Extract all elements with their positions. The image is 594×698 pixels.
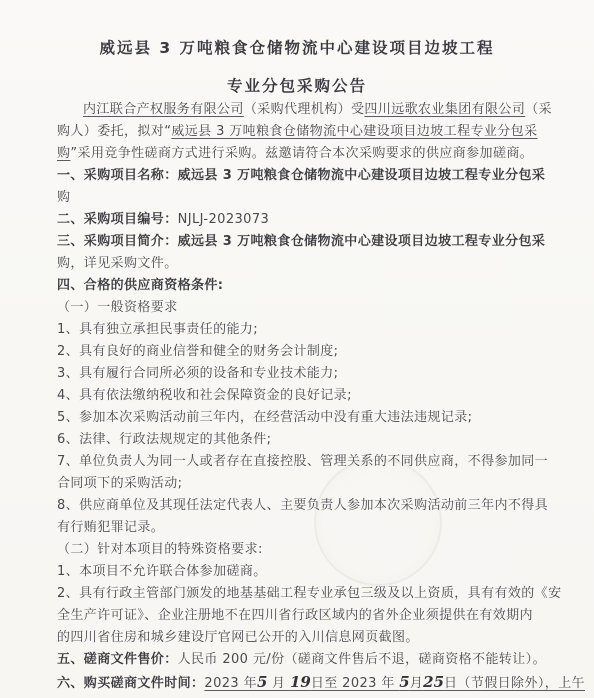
text-segment: （采 [525,102,552,117]
document-title-line1: 威远县 3 万吨粮食仓储物流中心建设项目边坡工程 [0,36,594,58]
text-segment: 的四川省住房和城乡建设厅官网已公开的入川信息网页截图。 [57,630,419,645]
text-segment: 内江联合产权服务有限公司 [83,102,244,117]
text-segment: 二、采购项目编号： [57,212,178,227]
text-segment: 四、合格的供应商资格条件: [57,278,223,293]
doc-line: 四、合格的供应商资格条件: [57,275,549,297]
doc-line: 3、具有履行合同所必须的设备和专业技术能力; [57,363,549,385]
text-segment: 7、单位负责人为同一人或者存在直接控股、管理关系的不同供应商，不得参加同一 [57,454,548,469]
text-segment: 三、采购项目简介：威远县 3 万吨粮食仓储物流中心建设项目边坡工程专业分包采 [57,234,545,249]
text-segment: 8、供应商单位及其现任法定代表人、主要负责人参加本次采购活动前三年内不得具 [57,498,548,513]
doc-line: 购 [57,187,549,209]
doc-line: 购，详见采购文件。 [57,253,549,275]
text-segment: 2、具有行政主管部门颁发的地基基础工程专业承包三级及以上资质，具有有效的《安 [57,586,561,601]
text-segment: 2023 年 [204,676,257,691]
text-segment: 购人）委托，拟对“ [57,124,171,139]
text-segment: （采购代理机构）受 [244,102,365,117]
text-segment: 六、购买磋商文件时间： [57,676,204,691]
doc-line: 5、参加本次采购活动前三年内，在经营活动中没有重大违法违规记录; [57,407,549,429]
doc-line: 六、购买磋商文件时间：2023 年5 月 19日至 2023 年 5月25日（节… [57,671,549,693]
handwritten-date: 5 [257,673,267,691]
text-segment: （一）一般资格要求 [57,300,178,315]
text-segment: 五、磋商文件售价： [57,652,178,667]
text-segment: 2、具有良好的商业信誉和健全的财务会计制度; [57,344,338,359]
doc-line: 2、具有良好的商业信誉和健全的财务会计制度; [57,341,549,363]
text-segment: （二）针对本项目的特殊资格要求: [57,542,263,557]
doc-line: 一、采购项目名称：威远县 3 万吨粮食仓储物流中心建设项目边坡工程专业分包采 [57,165,549,187]
text-segment: 全生产许可证》、企业注册地不在四川省行政区域内的省外企业须提供在有效期内 [57,608,533,623]
text-segment: 1、本项目不允许联合体参加磋商。 [57,564,267,579]
doc-line: 购”采用竞争性磋商方式进行采购。兹邀请符合本次采购要求的供应商参加磋商。 [57,143,549,165]
text-segment: 威远县 3 万吨粮食仓储物流中心建设项目边坡工程专业分包采 [171,124,537,139]
handwritten-date: 5 [399,673,409,691]
doc-line: 全生产许可证》、企业注册地不在四川省行政区域内的省外企业须提供在有效期内 [57,605,549,627]
document-page: 威远县 3 万吨粮食仓储物流中心建设项目边坡工程 专业分包采购公告 内江联合产权… [0,0,594,698]
doc-line: 内江联合产权服务有限公司（采购代理机构）受四川远歌农业集团有限公司（采 [57,99,549,121]
doc-line: （二）针对本项目的特殊资格要求: [57,539,549,561]
text-segment: 月 [267,676,289,691]
doc-line: 1、具有独立承担民事责任的能力; [57,319,549,341]
doc-line: 2、具有行政主管部门颁发的地基基础工程专业承包三级及以上资质，具有有效的《安 [57,583,549,605]
doc-line: 4、具有依法缴纳税收和社会保障资金的良好记录; [57,385,549,407]
text-segment: 月 [410,676,423,691]
text-segment: 人民币 200 元/份（磋商文件售后不退，磋商资格不能转让）。 [178,652,546,667]
doc-line: 五、磋商文件售价：人民币 200 元/份（磋商文件售后不退，磋商资格不能转让）。 [57,649,549,671]
text-segment: 合同项下的采购活动; [57,476,182,491]
doc-line: （一）一般资格要求 [57,297,549,319]
doc-line: 二、采购项目编号：NJLJ-2023073 [57,209,549,231]
text-segment: 3、具有履行合同所必须的设备和专业技术能力; [57,366,338,381]
doc-line: 购人）委托，拟对“威远县 3 万吨粮食仓储物流中心建设项目边坡工程专业分包采 [57,121,549,143]
text-segment: 一、采购项目名称：威远县 3 万吨粮食仓储物流中心建设项目边坡工程专业分包采 [57,168,545,183]
text-segment: ”采用竞争性磋商方式进行采购。兹邀请符合本次采购要求的供应商参加磋商。 [70,146,533,161]
text-segment: 日至 2023 年 [311,676,399,691]
text-segment: 购，详见采购文件。 [57,256,178,271]
text-segment: 6、法律、行政法规规定的其他条件; [57,432,271,447]
text-segment: 日（节假日除外），上午 [444,676,585,691]
doc-line: 6、法律、行政法规规定的其他条件; [57,429,549,451]
text-segment: 购 [57,190,70,205]
doc-line: 的四川省住房和城乡建设厅官网已公开的入川信息网页截图。 [57,627,549,649]
doc-line: 7、单位负责人为同一人或者存在直接控股、管理关系的不同供应商，不得参加同一 [57,451,549,473]
text-segment: 4、具有依法缴纳税收和社会保障资金的良好记录; [57,388,352,403]
text-segment: NJLJ-2023073 [178,212,270,227]
doc-line: 三、采购项目简介：威远县 3 万吨粮食仓储物流中心建设项目边坡工程专业分包采 [57,231,549,253]
document-title-line2: 专业分包采购公告 [0,74,594,96]
doc-line: 有行贿犯罪记录。 [57,517,549,539]
text-segment: 1、具有独立承担民事责任的能力; [57,322,258,337]
document-body: 内江联合产权服务有限公司（采购代理机构）受四川远歌农业集团有限公司（采购人）委托… [57,99,549,693]
text-segment: 四川远歌农业集团有限公司 [364,102,525,117]
handwritten-date: 19 [290,673,311,691]
text-segment: 购 [57,146,70,161]
text-segment: 5、参加本次采购活动前三年内，在经营活动中没有重大违法违规记录; [57,410,472,425]
doc-line: 8、供应商单位及其现任法定代表人、主要负责人参加本次采购活动前三年内不得具 [57,495,549,517]
doc-line: 1、本项目不允许联合体参加磋商。 [57,561,549,583]
handwritten-date: 25 [423,673,444,691]
text-segment: 有行贿犯罪记录。 [57,520,164,535]
doc-line: 合同项下的采购活动; [57,473,549,495]
